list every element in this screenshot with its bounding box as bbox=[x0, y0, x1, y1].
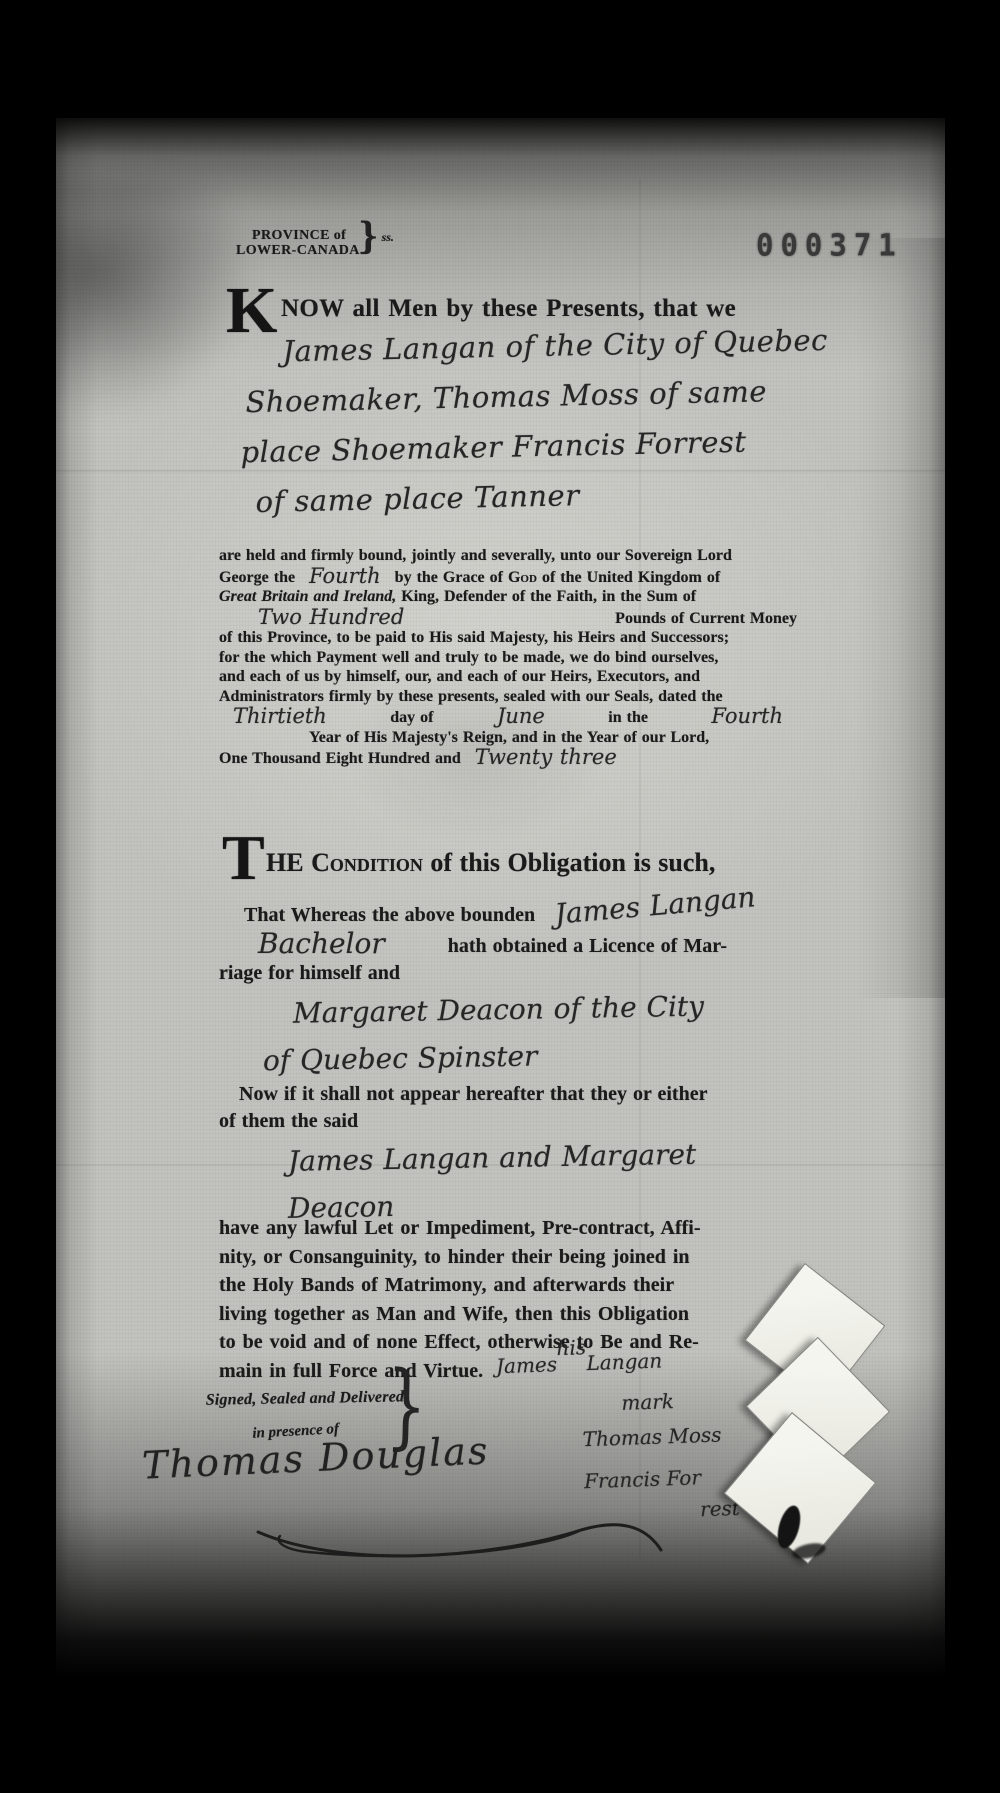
province-line2: LOWER-CANADA. bbox=[236, 243, 364, 258]
printed-text: the Holy Bands of Matrimony, and afterwa… bbox=[219, 1274, 674, 1296]
signed-sealed-line: Signed, Sealed and Delivered, bbox=[206, 1388, 409, 1410]
serial-number-stamp: 000371 bbox=[756, 227, 903, 263]
condition-heading-text: HE Condition of this Obligation is such, bbox=[266, 848, 715, 878]
handwritten-text: Twenty three bbox=[475, 745, 617, 769]
printed-text: day of bbox=[390, 708, 433, 728]
text-line: Bachelorhath obtained a Licence of Mar- bbox=[219, 929, 797, 960]
printed-text: riage for himself and bbox=[219, 962, 400, 984]
printed-text: of this Obligation is such, bbox=[423, 848, 716, 877]
printed-text: God bbox=[508, 569, 537, 586]
text-line: have any lawful Let or Impediment, Pre-c… bbox=[219, 1214, 797, 1243]
text-line: of this Province, to be paid to His said… bbox=[219, 628, 797, 648]
printed-text: Pounds of Current Money bbox=[615, 609, 797, 629]
handwritten-text: of same place Tanner bbox=[255, 478, 580, 519]
printed-text: hath obtained a Licence of Mar- bbox=[448, 933, 727, 960]
printed-text: of the United Kingdom of bbox=[537, 569, 720, 586]
printed-text: nity, or Consanguinity, to hinder their … bbox=[219, 1246, 690, 1268]
opening-heading-text: NOW all Men by these Presents, that we bbox=[281, 295, 736, 323]
text-line: One Thousand Eight Hundred andTwenty thr… bbox=[219, 747, 797, 769]
text-line: and each of us by himself, our, and each… bbox=[219, 667, 797, 687]
handwritten-text: Bachelor bbox=[258, 930, 385, 957]
text-line: of Quebec Spinster bbox=[219, 1029, 798, 1086]
scanned-document-page: PROVINCE of LOWER-CANADA. } ss. 000371 K… bbox=[0, 0, 1000, 1793]
witness-signature: Thomas Douglas bbox=[141, 1428, 490, 1487]
handwritten-text: Langan bbox=[586, 1348, 662, 1375]
printed-text: of this Province, to be paid to His said… bbox=[219, 629, 729, 646]
printed-text: have any lawful Let or Impediment, Pre-c… bbox=[219, 1217, 701, 1239]
printed-text: Now if it shall not appear hereafter tha… bbox=[239, 1083, 707, 1105]
text-line: the Holy Bands of Matrimony, and afterwa… bbox=[219, 1271, 797, 1300]
handwritten-text: James Langan of the City of Quebec bbox=[282, 323, 828, 368]
text-line: for the which Payment well and truly to … bbox=[219, 648, 797, 668]
handwritten-text: Fourth bbox=[309, 564, 381, 588]
printed-text: and each of us by himself, our, and each… bbox=[219, 668, 700, 685]
printed-text: That Whereas the above bounden bbox=[244, 904, 535, 926]
handwritten-text: Fourth bbox=[711, 707, 783, 727]
text-line: Thirtiethday ofJunein theFourth bbox=[219, 706, 797, 728]
jurat: } ss. bbox=[358, 218, 394, 254]
text-line: Great Britain and Ireland, King, Defende… bbox=[219, 587, 797, 607]
handwritten-text: James Langan and Margaret bbox=[288, 1138, 697, 1178]
jurat-abbrev: ss. bbox=[382, 230, 394, 245]
printed-text: Administrators firmly by these presents,… bbox=[219, 688, 723, 705]
printed-text: HE bbox=[266, 848, 311, 877]
handwritten-text: James Langan bbox=[554, 883, 757, 927]
printed-text: Great Britain and Ireland, bbox=[219, 588, 396, 605]
handwritten-text: Shoemaker, Thomas Moss of same bbox=[245, 374, 767, 419]
text-line: are held and firmly bound, jointly and s… bbox=[219, 546, 797, 566]
brace-glyph: } bbox=[358, 215, 379, 256]
text-line: George theFourthby the Grace of God of t… bbox=[219, 566, 797, 588]
printed-text: Condition bbox=[311, 848, 423, 877]
printed-text: King, Defender of the Faith, in the Sum … bbox=[396, 588, 696, 605]
province-line1: PROVINCE of bbox=[236, 228, 364, 243]
handwritten-text: Two Hundred bbox=[258, 608, 404, 628]
printed-text: One Thousand Eight Hundred and bbox=[219, 750, 461, 767]
text-line: Two HundredPounds of Current Money bbox=[219, 607, 797, 629]
printed-text: main in full Force and Virtue. bbox=[219, 1360, 483, 1382]
scan-shadow-right bbox=[856, 238, 945, 998]
handwritten-text: Margaret Deacon of the City bbox=[293, 990, 704, 1030]
handwritten-text: place Shoemaker Francis Forrest bbox=[240, 425, 747, 470]
printed-text: of them the said bbox=[219, 1110, 358, 1132]
text-line: HE Condition of this Obligation is such, bbox=[266, 848, 715, 878]
province-header: PROVINCE of LOWER-CANADA. bbox=[236, 228, 364, 258]
handwritten-text: of Quebec Spinster bbox=[263, 1039, 538, 1077]
handwritten-text: James bbox=[496, 1352, 558, 1378]
handwritten-text: Francis For bbox=[584, 1465, 702, 1493]
parties-handwritten: James Langan of the City of QuebecShoema… bbox=[238, 318, 842, 531]
printed-text: Year of His Majesty's Reign, and in the … bbox=[309, 729, 709, 746]
printed-text: George the bbox=[219, 569, 295, 586]
document-paper: PROVINCE of LOWER-CANADA. } ss. 000371 K… bbox=[56, 118, 945, 1678]
text-line: Now if it shall not appear hereafter tha… bbox=[219, 1081, 797, 1108]
text-line: That Whereas the above boundenJames Lang… bbox=[219, 898, 797, 929]
printed-text: his bbox=[556, 1335, 586, 1360]
handwritten-text: Thirtieth bbox=[233, 707, 327, 727]
handwritten-text: June bbox=[497, 707, 545, 727]
printed-text: for the which Payment well and truly to … bbox=[219, 649, 718, 666]
printed-text: by the Grace of bbox=[395, 569, 508, 586]
handwritten-text: mark bbox=[621, 1389, 674, 1415]
printed-text: in the bbox=[608, 708, 648, 728]
condition-body: That Whereas the above boundenJames Lang… bbox=[219, 898, 797, 1229]
text-line: nity, or Consanguinity, to hinder their … bbox=[219, 1243, 797, 1272]
handwritten-text: Thomas Moss bbox=[582, 1422, 722, 1451]
dropcap-T: T bbox=[222, 830, 265, 886]
printed-text: are held and firmly bound, jointly and s… bbox=[219, 547, 732, 564]
bond-clause: are held and firmly bound, jointly and s… bbox=[219, 546, 797, 769]
